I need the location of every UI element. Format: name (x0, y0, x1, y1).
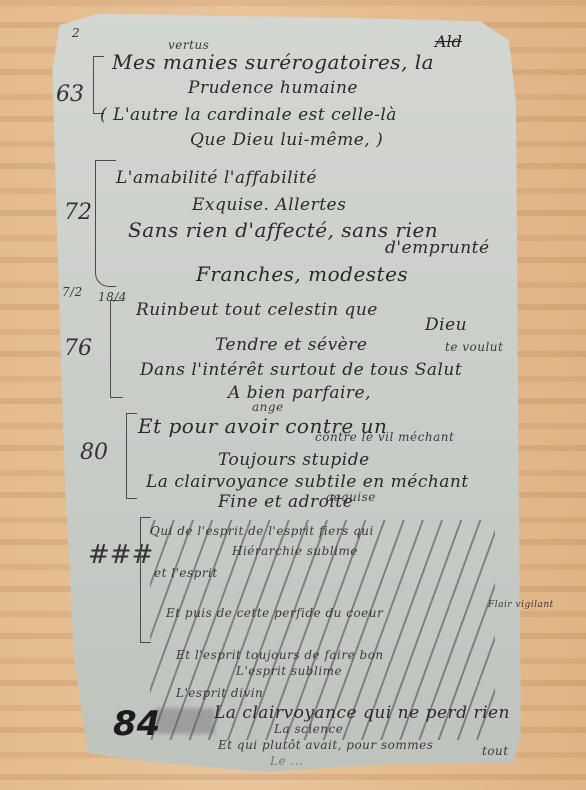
bracket (126, 413, 137, 499)
line: Toujours stupide (218, 450, 370, 470)
line: La clairvoyance subtile en méchant (146, 472, 469, 492)
line: Exquise. Allertes (192, 195, 346, 215)
line: Franches, modestes (196, 262, 408, 286)
line: Ruinbeut tout celestin que (136, 300, 378, 320)
bracket (95, 160, 116, 287)
margin-fraction: 7/2 (62, 285, 83, 299)
line: L'amabilité l'affabilité (116, 168, 317, 188)
ink-smudge (155, 708, 215, 734)
line: Dans l'intérêt surtout de tous Salut (140, 360, 462, 380)
line: te voulut (445, 340, 503, 354)
cross-out-strokes (150, 520, 495, 740)
line: Que Dieu lui-même, ) (190, 130, 383, 150)
line: Le ... (270, 754, 303, 768)
line: tout (482, 744, 509, 758)
line: Et qui plutôt avait, pour sommes (218, 738, 433, 752)
page-stamp-number: 84 (113, 704, 160, 744)
line: contre le vil méchant (315, 430, 454, 444)
line: d'emprunté (385, 238, 490, 258)
side-note: Flair vigilant (488, 600, 554, 610)
margin-number: 63 (56, 82, 84, 107)
line: Tendre et sévère (215, 335, 367, 355)
line: ( L'autre la cardinale est celle-là (100, 105, 397, 125)
top-left-mark: 2 (72, 26, 80, 40)
line: Dieu (425, 315, 467, 335)
line: Prudence humaine (188, 78, 358, 98)
margin-number: 72 (64, 200, 92, 225)
line: A bien parfaire, (228, 383, 371, 403)
line: Mes manies surérogatoires, la (112, 50, 434, 74)
line: Fine et adroite (218, 492, 353, 512)
corner-mark: Ald (435, 32, 462, 51)
insertion: ange (252, 400, 284, 414)
margin-number: 76 (64, 336, 92, 361)
bracket (110, 300, 123, 398)
margin-number: 80 (80, 440, 108, 465)
